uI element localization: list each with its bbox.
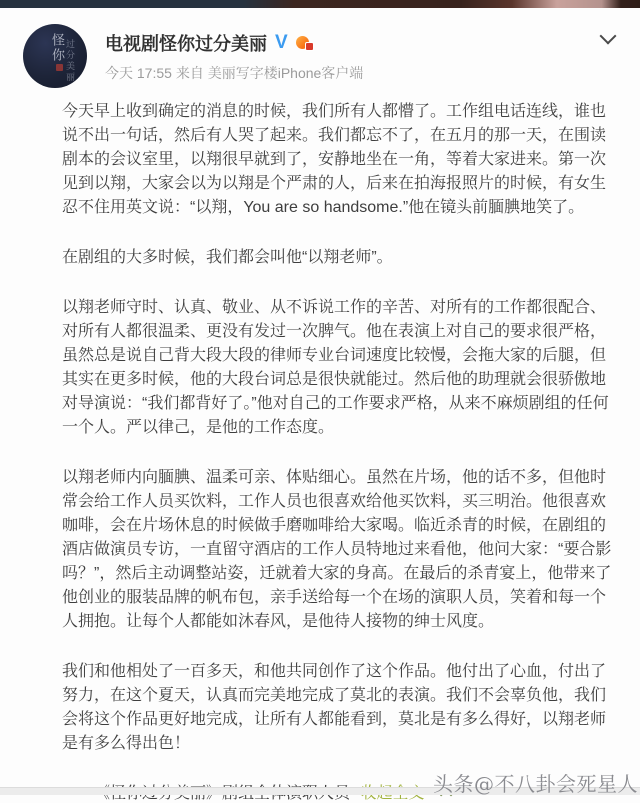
post-header: 怪你 过分美丽 电视剧怪你过分美丽 V 今天 17:55 来自 美丽写字楼iPh… <box>0 8 640 88</box>
member-badge-icon <box>296 35 314 51</box>
cropped-content-above <box>0 0 640 8</box>
post-body: 今天早上收到确定的消息的时候，我们所有人都懵了。工作组电话连线，谁也说不出一句话… <box>0 88 640 803</box>
member-badge-tag <box>305 42 314 51</box>
paragraph: 我们和他相处了一百多天，和他共同创作了这个作品。他付出了心血，付出了努力，在这个… <box>62 660 620 756</box>
avatar[interactable]: 怪你 过分美丽 <box>23 24 87 88</box>
source-prefix: 来自 <box>176 65 204 81</box>
chevron-down-icon[interactable] <box>598 28 620 46</box>
timestamp: 今天 17:55 <box>105 65 172 81</box>
avatar-calligraphy-subtext: 过分美丽 <box>63 39 76 83</box>
post-meta: 今天 17:55 来自 美丽写字楼iPhone客户端 <box>105 63 363 83</box>
weibo-post-screen: 怪你 过分美丽 电视剧怪你过分美丽 V 今天 17:55 来自 美丽写字楼iPh… <box>0 0 640 803</box>
paragraph: 以翔老师守时、认真、敬业、从不诉说工作的辛苦、对所有的工作都很配合、对所有人都很… <box>62 296 620 440</box>
paragraph: 以翔老师内向腼腆、温柔可亲、体贴细心。虽然在片场，他的话不多，但他时常会给工作人… <box>62 466 620 634</box>
avatar-seal-mark <box>56 64 63 71</box>
cropped-content-below <box>0 787 640 795</box>
username[interactable]: 电视剧怪你过分美丽 <box>105 30 267 56</box>
post-card: 怪你 过分美丽 电视剧怪你过分美丽 V 今天 17:55 来自 美丽写字楼iPh… <box>0 8 640 795</box>
source-client-link[interactable]: 美丽写字楼iPhone客户端 <box>208 65 364 81</box>
paragraph: 在剧组的大多时候，我们都会叫他“以翔老师”。 <box>62 246 620 270</box>
paragraph: 今天早上收到确定的消息的时候，我们所有人都懵了。工作组电话连线，谁也说不出一句话… <box>62 100 620 220</box>
verified-v-icon: V <box>275 32 288 54</box>
user-block: 电视剧怪你过分美丽 V 今天 17:55 来自 美丽写字楼iPhone客户端 <box>105 24 363 88</box>
